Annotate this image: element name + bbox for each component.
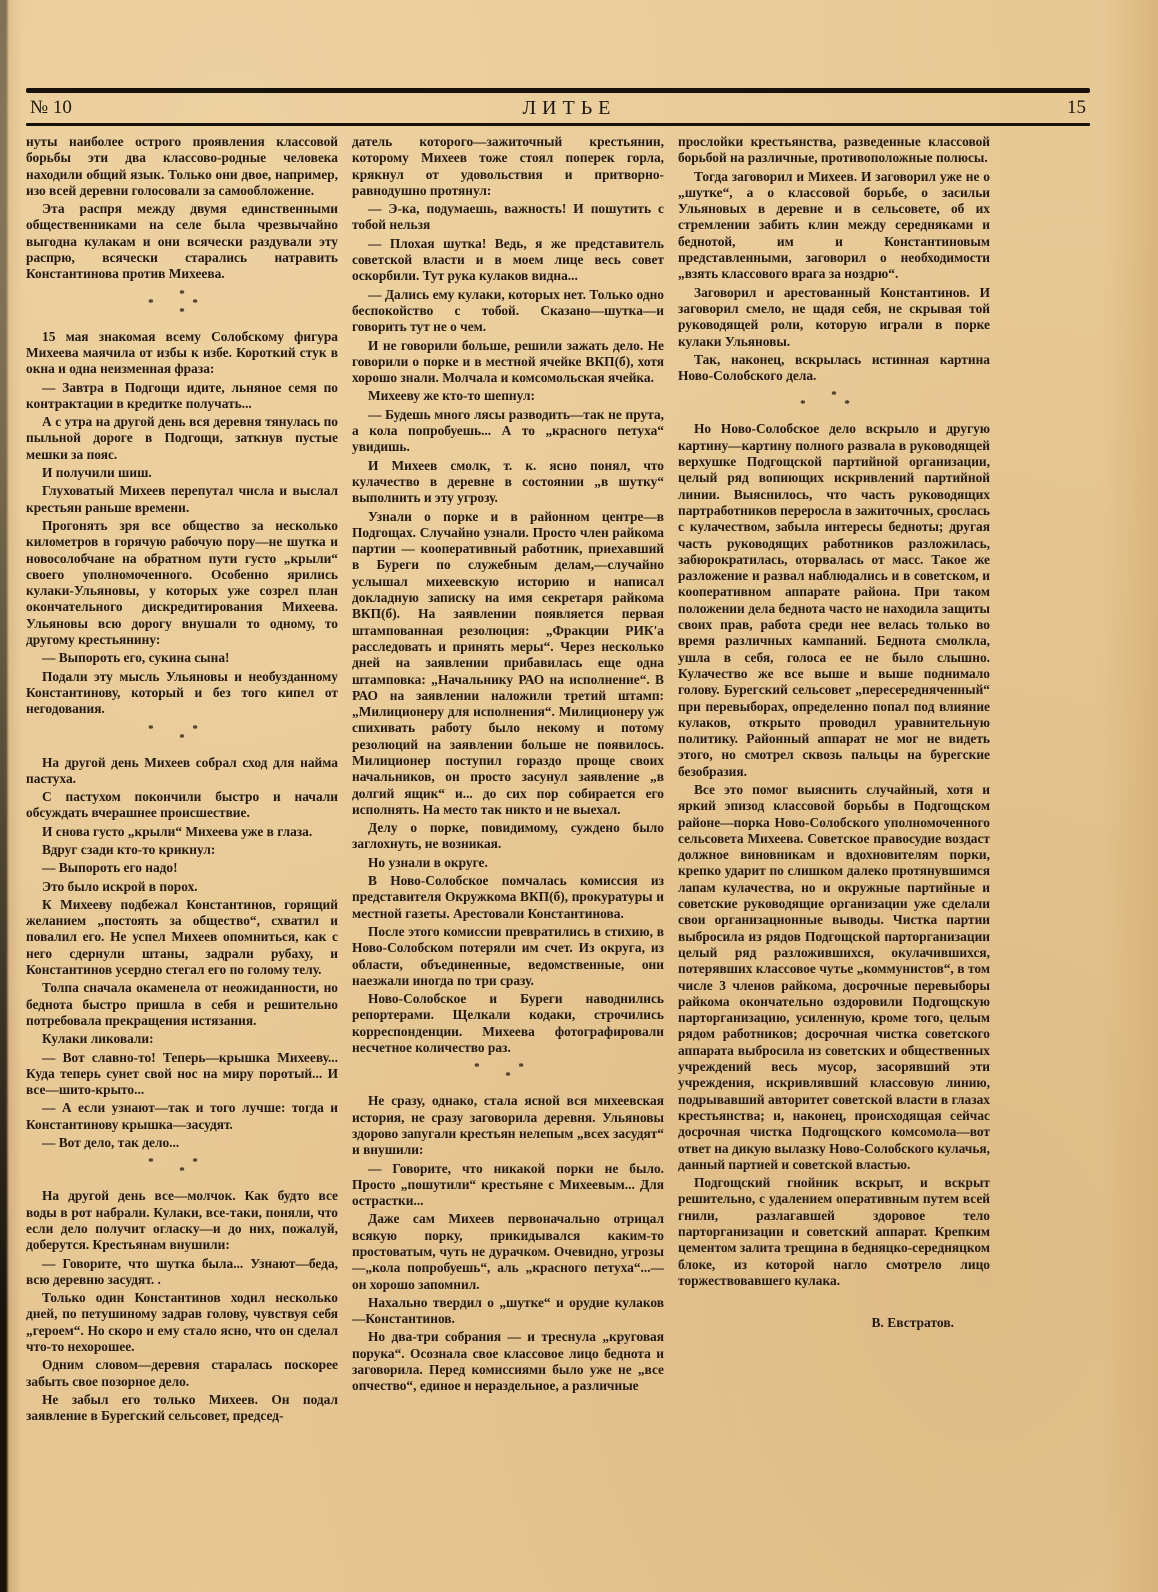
paragraph: — Говорите, что шутка была... Узнают—бед… [26,1256,338,1289]
paragraph: Только один Константинов ходил несколько… [26,1290,338,1355]
paragraph: — Плохая шутка! Ведь, я же представитель… [352,236,664,285]
paragraph: Ново-Солобское и Буреги наводнились репо… [352,991,664,1056]
issue-number: № 10 [30,97,72,119]
paragraph: Глуховатый Михеев перепутал числа и высл… [26,483,338,516]
paragraph: К Михееву подбежал Константинов, горящий… [26,897,338,978]
paragraph: И получили шиш. [26,465,338,481]
article-columns: нуты наиболее острого проявления классов… [26,134,1090,1426]
paragraph: Заговорил и арестованный Константинов. И… [678,285,990,350]
column-2: датель которого—зажиточный крестьянин, к… [352,134,664,1426]
paragraph: Так, наконец, вскрылась истинная картина… [678,352,990,385]
paragraph: Все это помог выяснить случайный, хотя и… [678,782,990,1173]
paragraph: — Вот дело, так дело... [26,1135,338,1151]
paragraph: — Говорите, что никакой порки не было. П… [352,1161,664,1210]
section-asterism: ** ** [26,290,338,317]
paragraph: Вдруг сзади кто-то крикнул: [26,842,338,858]
paragraph: — Э-ка, подумаешь, важность! И пошутить … [352,201,664,234]
paragraph: После этого комиссии превратились в стих… [352,924,664,989]
paragraph: На другой день Михеев собрал сход для на… [26,755,338,788]
paragraph: Но два-три собрания — и треснула „кругов… [352,1329,664,1394]
paragraph: Тогда заговорил и Михеев. И заговорил уж… [678,169,990,283]
paragraph: Это было искрой в порох. [26,879,338,895]
paragraph: И не говорили больше, решили зажать дело… [352,338,664,387]
running-head: № 10 ЛИТЬЕ 15 [26,93,1090,123]
paragraph: Делу о порке, повидимому, суждено было з… [352,820,664,853]
newspaper-page: № 10 ЛИТЬЕ 15 нуты наиболее острого проя… [26,88,1090,1426]
paragraph: Узнали о порке и в районном центре—в Под… [352,509,664,819]
paragraph: Нахально твердил о „шутке“ и орудие кула… [352,1295,664,1328]
column-3: прослойки крестьянства, разведенные клас… [678,134,990,1426]
paragraph: В Ново-Солобское помчалась комиссия из п… [352,873,664,922]
paragraph: нуты наиболее острого проявления классов… [26,134,338,199]
paragraph: Толпа сначала окаменела от неожиданности… [26,980,338,1029]
paragraph: — Дались ему кулаки, которых нет. Только… [352,287,664,336]
paragraph: Даже сам Михеев первоначально отрицал вс… [352,1211,664,1292]
paragraph: прослойки крестьянства, разведенные клас… [678,134,990,167]
paragraph: датель которого—зажиточный крестьянин, к… [352,134,664,199]
publication-title: ЛИТЬЕ [522,97,616,120]
header-rule-bottom [26,123,1090,126]
paragraph: 15 мая знакомая всему Солобскому фигура … [26,329,338,378]
paragraph: — Выпороть его надо! [26,860,338,876]
paragraph: Кулаки ликовали: [26,1031,338,1047]
section-asterism: * ** [26,1158,338,1176]
paragraph: Не забыл его только Михеев. Он подал зая… [26,1392,338,1425]
paragraph: На другой день все—молчок. Как будто все… [26,1188,338,1253]
paragraph: С пастухом покончили быстро и начали обс… [26,789,338,822]
paragraph: Но Ново-Солобское дело вскрыло и другую … [678,421,990,780]
paragraph: — А если узнают—так и того лучше: тогда … [26,1100,338,1133]
author-signature: В. Евстратов. [678,1315,990,1331]
paragraph: Одним словом—деревня старалась поскорее … [26,1357,338,1390]
paragraph: — Завтра в Подгощи идите, льняное семя п… [26,380,338,413]
page-number: 15 [1067,97,1086,119]
paragraph: Подгощский гнойник вскрыт, и вскрыт реши… [678,1175,990,1289]
paragraph: Прогонять зря все общество за несколько … [26,518,338,648]
paragraph: И Михеев смолк, т. к. ясно понял, что ку… [352,458,664,507]
paragraph: Не сразу, однако, стала ясной вся михеев… [352,1093,664,1158]
paragraph: Эта распря между двумя единственными общ… [26,201,338,282]
column-1: нуты наиболее острого проявления классов… [26,134,338,1426]
section-asterism: * ** [352,1063,664,1081]
paragraph: А с утра на другой день вся деревня тяну… [26,414,338,463]
paragraph: Но узнали в округе. [352,855,664,871]
paragraph: — Будешь много лясы разводить—так не пру… [352,407,664,456]
paragraph: Подали эту мысль Ульяновы и необузданном… [26,669,338,718]
paragraph: — Выпороть его, сукина сына! [26,650,338,666]
section-asterism: ** * [678,391,990,409]
paragraph: Михееву же кто-то шепнул: [352,388,664,404]
paragraph: И снова густо „крыли“ Михеева уже в глаз… [26,824,338,840]
section-asterism: * ** [26,725,338,743]
paragraph: — Вот славно-то! Теперь—крышка Михееву..… [26,1050,338,1099]
